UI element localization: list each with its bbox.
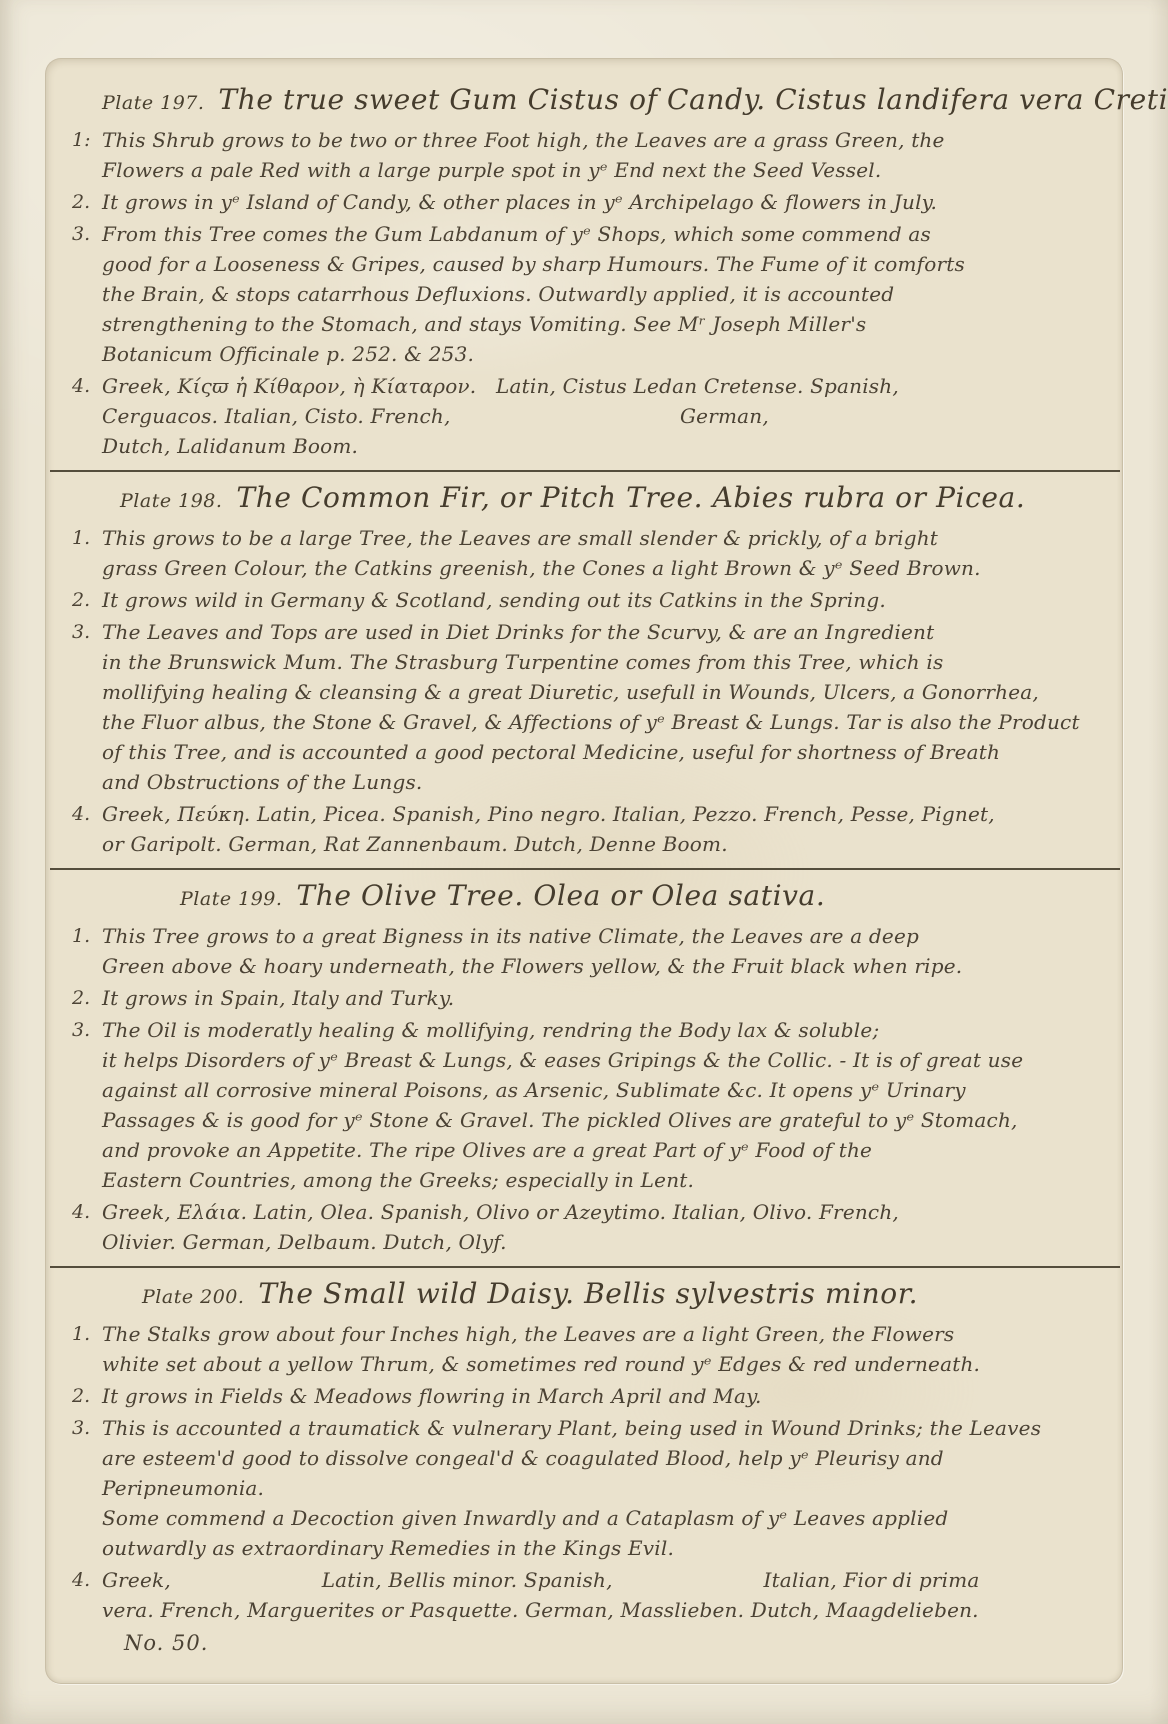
item-text: It grows in Spain, Italy and Turky.	[102, 983, 1106, 1013]
section-plate-200: Plate 200.The Small wild Daisy. Bellis s…	[72, 1277, 1106, 1659]
list-item: 1. This Tree grows to a great Bigness in…	[72, 921, 1106, 981]
section-header: Plate 197.The true sweet Gum Cistus of C…	[72, 83, 1106, 116]
section-plate-197: Plate 197.The true sweet Gum Cistus of C…	[72, 83, 1106, 461]
item-number: 1.	[72, 1319, 102, 1379]
item-text: This Tree grows to a great Bigness in it…	[102, 921, 1106, 981]
item-text: The Stalks grow about four Inches high, …	[102, 1319, 1106, 1379]
item-number: 1.	[72, 921, 102, 981]
section-divider	[50, 470, 1120, 472]
section-header: Plate 199.The Olive Tree. Olea or Olea s…	[72, 879, 1106, 912]
list-item: 4. Greek, Latin, Bellis minor. Spanish, …	[72, 1565, 1106, 1625]
section-title: The Olive Tree. Olea or Olea sativa.	[296, 879, 825, 912]
list-item: 4. Greek, Κίςϖ ἠ Κίθαρον, ὴ Κίαταρον. La…	[72, 371, 1106, 461]
item-text: This Shrub grows to be two or three Foot…	[102, 125, 1106, 185]
list-item: 1. This grows to be a large Tree, the Le…	[72, 523, 1106, 583]
item-number: 4.	[72, 799, 102, 859]
item-text: The Leaves and Tops are used in Diet Dri…	[102, 617, 1106, 797]
item-number: 2.	[72, 585, 102, 615]
item-text: Greek, Latin, Bellis minor. Spanish, Ita…	[102, 1565, 1106, 1625]
plate-label: Plate 197.	[102, 92, 204, 114]
item-number: 2.	[72, 187, 102, 217]
item-number: 1:	[72, 125, 102, 185]
list-item: 4. Greek, Πεύκη. Latin, Picea. Spanish, …	[72, 799, 1106, 859]
section-title: The Common Fir, or Pitch Tree. Abies rub…	[236, 481, 1025, 514]
item-number: 3.	[72, 1015, 102, 1195]
page-footer: No. 50.	[72, 1627, 1106, 1659]
item-text: This grows to be a large Tree, the Leave…	[102, 523, 1106, 583]
section-title: The true sweet Gum Cistus of Candy. Cist…	[218, 83, 1168, 116]
item-number: 3.	[72, 1413, 102, 1563]
list-item: 1. The Stalks grow about four Inches hig…	[72, 1319, 1106, 1379]
item-text: Greek, Ελάια. Latin, Olea. Spanish, Oliv…	[102, 1197, 1106, 1257]
item-number: 2.	[72, 1381, 102, 1411]
list-item: 3. The Leaves and Tops are used in Diet …	[72, 617, 1106, 797]
plate-mark: Plate 197.The true sweet Gum Cistus of C…	[45, 58, 1123, 1684]
section-divider	[50, 868, 1120, 870]
plate-label: Plate 199.	[180, 888, 282, 910]
list-item: 2. It grows in Spain, Italy and Turky.	[72, 983, 1106, 1013]
section-plate-198: Plate 198.The Common Fir, or Pitch Tree.…	[72, 481, 1106, 859]
item-text: Greek, Κίςϖ ἠ Κίθαρον, ὴ Κίαταρον. Latin…	[102, 371, 1106, 461]
section-header: Plate 200.The Small wild Daisy. Bellis s…	[72, 1277, 1106, 1310]
item-text: It grows in yᵉ Island of Candy, & other …	[102, 187, 1106, 217]
item-text: From this Tree comes the Gum Labdanum of…	[102, 219, 1106, 369]
item-text: The Oil is moderatly healing & mollifyin…	[102, 1015, 1106, 1195]
item-number: 1.	[72, 523, 102, 583]
item-text: This is accounted a traumatick & vulnera…	[102, 1413, 1106, 1563]
list-item: 4. Greek, Ελάια. Latin, Olea. Spanish, O…	[72, 1197, 1106, 1257]
item-number: 2.	[72, 983, 102, 1013]
list-item: 2. It grows in Fields & Meadows flowring…	[72, 1381, 1106, 1411]
list-item: 2. It grows wild in Germany & Scotland, …	[72, 585, 1106, 615]
item-number: 4.	[72, 1565, 102, 1625]
list-item: 1: This Shrub grows to be two or three F…	[72, 125, 1106, 185]
plate-label: Plate 200.	[142, 1286, 244, 1308]
list-item: 2. It grows in yᵉ Island of Candy, & oth…	[72, 187, 1106, 217]
section-title: The Small wild Daisy. Bellis sylvestris …	[258, 1277, 918, 1310]
item-text: Greek, Πεύκη. Latin, Picea. Spanish, Pin…	[102, 799, 1106, 859]
item-number: 4.	[72, 1197, 102, 1257]
section-divider	[50, 1266, 1120, 1268]
list-item: 3. The Oil is moderatly healing & mollif…	[72, 1015, 1106, 1195]
item-number: 3.	[72, 617, 102, 797]
section-plate-199: Plate 199.The Olive Tree. Olea or Olea s…	[72, 879, 1106, 1257]
item-number: 4.	[72, 371, 102, 461]
item-number: 3.	[72, 219, 102, 369]
item-text: It grows wild in Germany & Scotland, sen…	[102, 585, 1106, 615]
list-item: 3. This is accounted a traumatick & vuln…	[72, 1413, 1106, 1563]
list-item: 3. From this Tree comes the Gum Labdanum…	[72, 219, 1106, 369]
item-text: It grows in Fields & Meadows flowring in…	[102, 1381, 1106, 1411]
plate-label: Plate 198.	[120, 490, 222, 512]
section-header: Plate 198.The Common Fir, or Pitch Tree.…	[72, 481, 1106, 514]
